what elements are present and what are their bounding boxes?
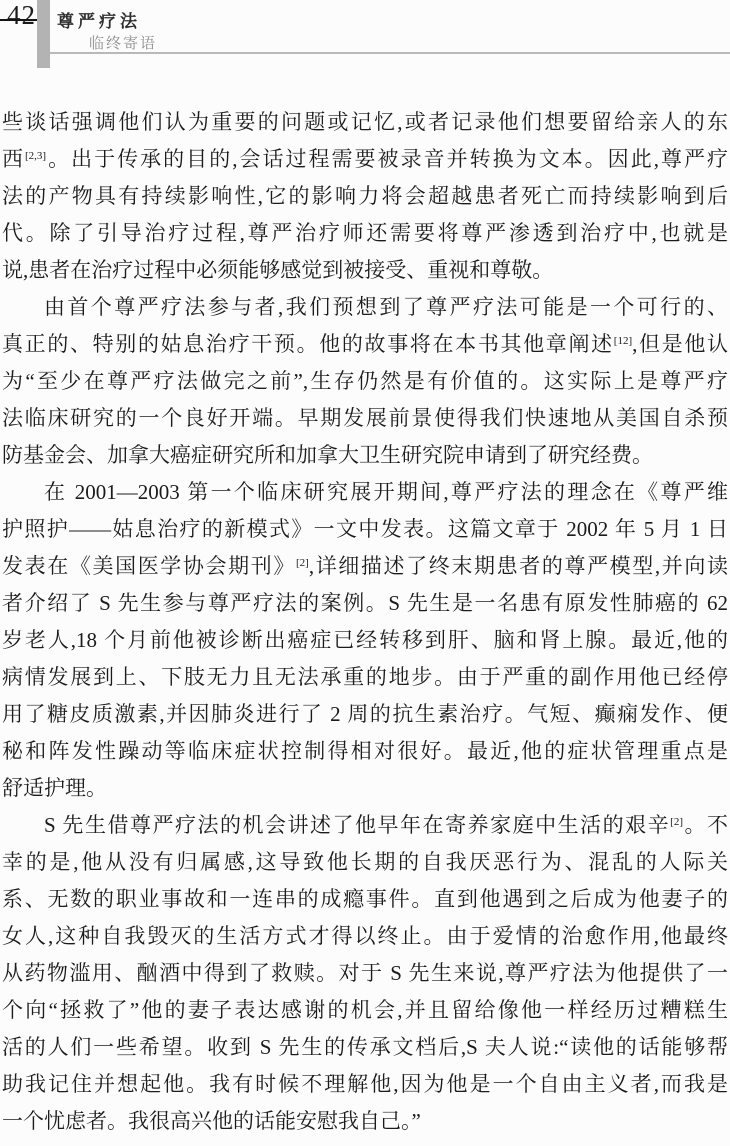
text-line: 系、无数的职业事故和一连串的成瘾事件。直到他遇到之后成为他妻子的: [2, 881, 728, 918]
body-text: 些谈话强调他们认为重要的问题或记忆,或者记录他们想要留给亲人的东西[2,3]。出…: [2, 104, 728, 1140]
citation-ref: [2,3]: [25, 150, 46, 162]
text-line: 病情发展到上、下肢无力且无法承重的地步。由于严重的副作用他已经停: [2, 659, 728, 696]
text-line: 法临床研究的一个良好开端。早期发展前景使得我们快速地从美国自杀预: [2, 400, 728, 437]
text-line: 岁老人,18 个月前他被诊断出癌症已经转移到肝、脑和肾上腺。最近,他的: [2, 622, 728, 659]
text-line: 助我记住并想起他。我有时候不理解他,因为他是一个自由主义者,而我是: [2, 1066, 728, 1103]
citation-ref: [12]: [614, 335, 632, 347]
text-line: 护照护——姑息治疗的新模式》一文中发表。这篇文章于 2002 年 5 月 1 日: [2, 511, 728, 548]
text-line: 者介绍了 S 先生参与尊严疗法的案例。S 先生是一名患有原发性肺癌的 62: [2, 585, 728, 622]
citation-ref: [2]: [296, 557, 309, 569]
header-accent-bar: [37, 0, 50, 68]
text-line: 舒适护理。: [2, 770, 728, 807]
text-line: 由首个尊严疗法参与者,我们预想到了尊严疗法可能是一个可行的、: [2, 289, 728, 326]
page-number: 42: [7, 0, 36, 31]
text-line: 说,患者在治疗过程中必须能够感觉到被接受、重视和尊敬。: [2, 252, 728, 289]
chapter-subtitle: 临终寄语: [89, 32, 157, 53]
text-line: 在 2001—2003 第一个临床研究展开期间,尊严疗法的理念在《尊严维: [2, 474, 728, 511]
text-line: 个向“拯救了”他的妻子表达感谢的机会,并且留给像他一样经历过糟糕生: [2, 992, 728, 1029]
book-title: 尊严疗法: [57, 7, 141, 32]
text-line: 法的产物具有持续影响性,它的影响力将会超越患者死亡而持续影响到后: [2, 178, 728, 215]
page-number-rule: [0, 19, 37, 21]
text-line: 活的人们一些希望。收到 S 先生的传承文档后,S 夫人说:“读他的话能够帮: [2, 1029, 728, 1066]
text-line: 女人,这种自我毁灭的生活方式才得以终止。由于爱情的治愈作用,他最终: [2, 918, 728, 955]
text-line: 一个忧虑者。我很高兴他的话能安慰我自己。”: [2, 1103, 728, 1140]
text-line: 发表在《美国医学协会期刊》[2],详细描述了终末期患者的尊严模型,并向读: [2, 548, 728, 585]
citation-ref: [2]: [670, 816, 683, 828]
text-line: 代。除了引导治疗过程,尊严治疗师还需要将尊严渗透到治疗中,也就是: [2, 215, 728, 252]
text-line: 西[2,3]。出于传承的目的,会话过程需要被录音并转换为文本。因此,尊严疗: [2, 141, 728, 178]
text-line: 秘和阵发性躁动等临床症状控制得相对很好。最近,他的症状管理重点是: [2, 733, 728, 770]
book-page: 42 尊严疗法 临终寄语 些谈话强调他们认为重要的问题或记忆,或者记录他们想要留…: [0, 0, 730, 1146]
text-line: 防基金会、加拿大癌症研究所和加拿大卫生研究院申请到了研究经费。: [2, 437, 728, 474]
text-line: 幸的是,他从没有归属感,这导致他长期的自我厌恶行为、混乱的人际关: [2, 844, 728, 881]
text-line: 些谈话强调他们认为重要的问题或记忆,或者记录他们想要留给亲人的东: [2, 104, 728, 141]
text-line: 为“至少在尊严疗法做完之前”,生存仍然是有价值的。这实际上是尊严疗: [2, 363, 728, 400]
text-line: S 先生借尊严疗法的机会讲述了他早年在寄养家庭中生活的艰辛[2]。不: [2, 807, 728, 844]
text-line: 从药物滥用、酗酒中得到了救赎。对于 S 先生来说,尊严疗法为他提供了一: [2, 955, 728, 992]
header-rule: [50, 52, 730, 54]
text-line: 真正的、特别的姑息治疗干预。他的故事将在本书其他章阐述[12],但是他认: [2, 326, 728, 363]
text-line: 用了糖皮质激素,并因肺炎进行了 2 周的抗生素治疗。气短、癫痫发作、便: [2, 696, 728, 733]
